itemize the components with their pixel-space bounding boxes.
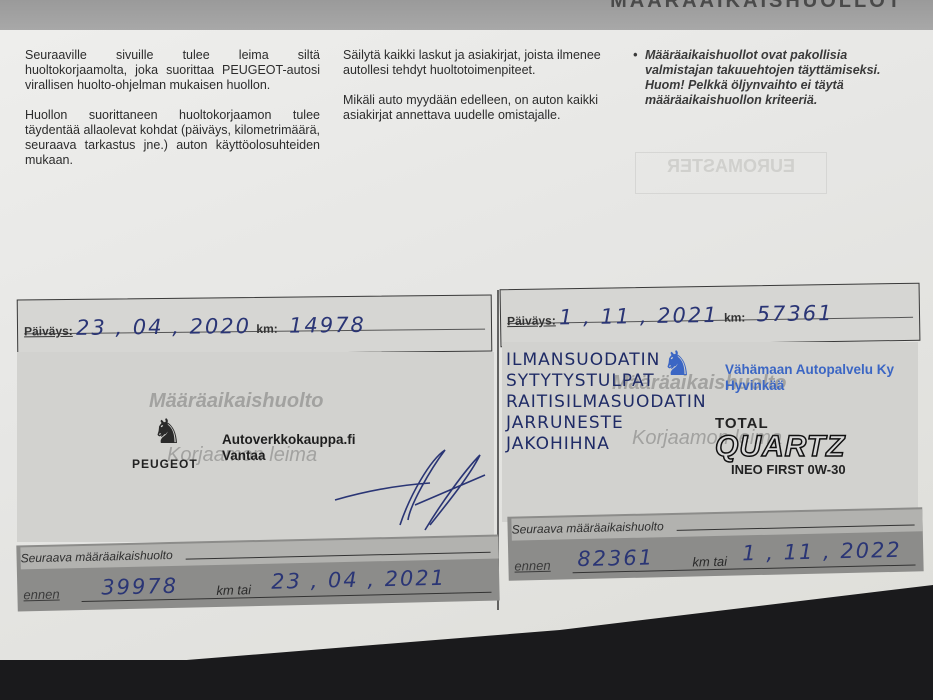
km-or-label: km tai bbox=[216, 582, 251, 598]
before-label: ennen bbox=[514, 558, 550, 574]
signature-icon bbox=[330, 445, 490, 535]
note-item: JAKOHIHNA bbox=[506, 434, 707, 455]
instruction-paragraph: Säilytä kaikki laskut ja asiakirjat, joi… bbox=[343, 48, 628, 78]
service-entry-2-date-box: Päiväys: 1 , 11 , 2021 km: 57361 bbox=[500, 283, 921, 348]
entry-1-date: 23 , 04 , 2020 bbox=[76, 314, 251, 340]
instruction-paragraph: Huollon suorittaneen huoltokorjaamon tul… bbox=[25, 108, 320, 168]
entry-1-km: 14978 bbox=[289, 313, 366, 338]
note-item: RAITISILMASUODATIN bbox=[506, 392, 707, 413]
peugeot-lion-icon: ♞ bbox=[152, 412, 182, 452]
service-watermark: Määräaikaishuolto bbox=[149, 390, 324, 413]
next-service-entry-1: Seuraava määräaikaishuolto ennen 39978 k… bbox=[16, 535, 499, 612]
next-service-values-row: ennen 82361 km tai 1 , 11 , 2022 bbox=[512, 537, 924, 576]
next-service-2-date: 1 , 11 , 2022 bbox=[742, 538, 902, 566]
oil-stamp: TOTAL QUARTZ INEO FIRST 0W-30 bbox=[715, 415, 846, 477]
instructions-column-1: Seuraaville sivuille tulee leima siltä h… bbox=[25, 48, 320, 183]
entry-2-km: 57361 bbox=[756, 301, 833, 326]
km-or-label: km tai bbox=[692, 554, 727, 570]
date-label: Päiväys: bbox=[24, 324, 73, 339]
page-title: MÄÄRÄAIKAISHUOLLOT bbox=[610, 0, 903, 13]
page-header-band: MÄÄRÄAIKAISHUOLLOT bbox=[0, 0, 933, 30]
next-service-entry-2: Seuraava määräaikaishuolto ennen 82361 k… bbox=[507, 507, 923, 580]
note-item: ILMANSUODATIN bbox=[506, 350, 707, 371]
peugeot-brand: PEUGEOT bbox=[132, 457, 198, 471]
date-label: Päiväys: bbox=[507, 313, 556, 328]
next-service-1-date: 23 , 04 , 2021 bbox=[271, 566, 446, 594]
instruction-paragraph: Mikäli auto myydään edelleen, on auton k… bbox=[343, 93, 628, 123]
embossed-stamp: EUROMASTER bbox=[635, 152, 827, 194]
entry-2-shop-stamp: Vähämaan Autopalvelu Ky Hyvinkää bbox=[725, 362, 894, 394]
bullet-icon: • bbox=[633, 48, 637, 63]
before-label: ennen bbox=[23, 587, 59, 603]
service-entry-1-date-box: Päiväys: 23 , 04 , 2020 km: 14978 bbox=[17, 295, 493, 357]
shop-city: Hyvinkää bbox=[725, 378, 894, 394]
warranty-note: Määräaikaishuollot ovat pakollisia valmi… bbox=[645, 48, 881, 107]
next-service-1-km: 39978 bbox=[101, 574, 178, 600]
km-label: km: bbox=[256, 322, 277, 336]
next-service-label: Seuraava määräaikaishuolto bbox=[511, 519, 663, 536]
km-label: km: bbox=[724, 310, 746, 324]
service-notes: ILMANSUODATIN SYTYTYSTULPAT RAITISILMASU… bbox=[506, 350, 707, 455]
oil-stamp-brand: QUARTZ bbox=[715, 432, 846, 462]
entry-2-date: 1 , 11 , 2021 bbox=[559, 303, 719, 330]
next-service-2-km: 82361 bbox=[577, 545, 654, 571]
instructions-column-2: Säilytä kaikki laskut ja asiakirjat, joi… bbox=[343, 48, 628, 138]
note-item: SYTYTYSTULPAT bbox=[506, 371, 707, 392]
oil-stamp-product: INEO FIRST 0W-30 bbox=[715, 462, 846, 477]
next-service-label: Seuraava määräaikaishuolto bbox=[20, 548, 172, 565]
shop-name: Vähämaan Autopalvelu Ky bbox=[725, 362, 894, 378]
next-service-values-row: ennen 39978 km tai 23 , 04 , 2021 bbox=[21, 565, 500, 606]
date-km-line: Päiväys: 23 , 04 , 2020 km: 14978 bbox=[24, 312, 485, 335]
instruction-paragraph: Seuraaville sivuille tulee leima siltä h… bbox=[25, 48, 320, 93]
instructions-column-3: • Määräaikaishuollot ovat pakollisia val… bbox=[645, 48, 905, 108]
date-km-line: Päiväys: 1 , 11 , 2021 km: 57361 bbox=[507, 300, 913, 324]
note-item: JARRUNESTE bbox=[506, 413, 707, 434]
